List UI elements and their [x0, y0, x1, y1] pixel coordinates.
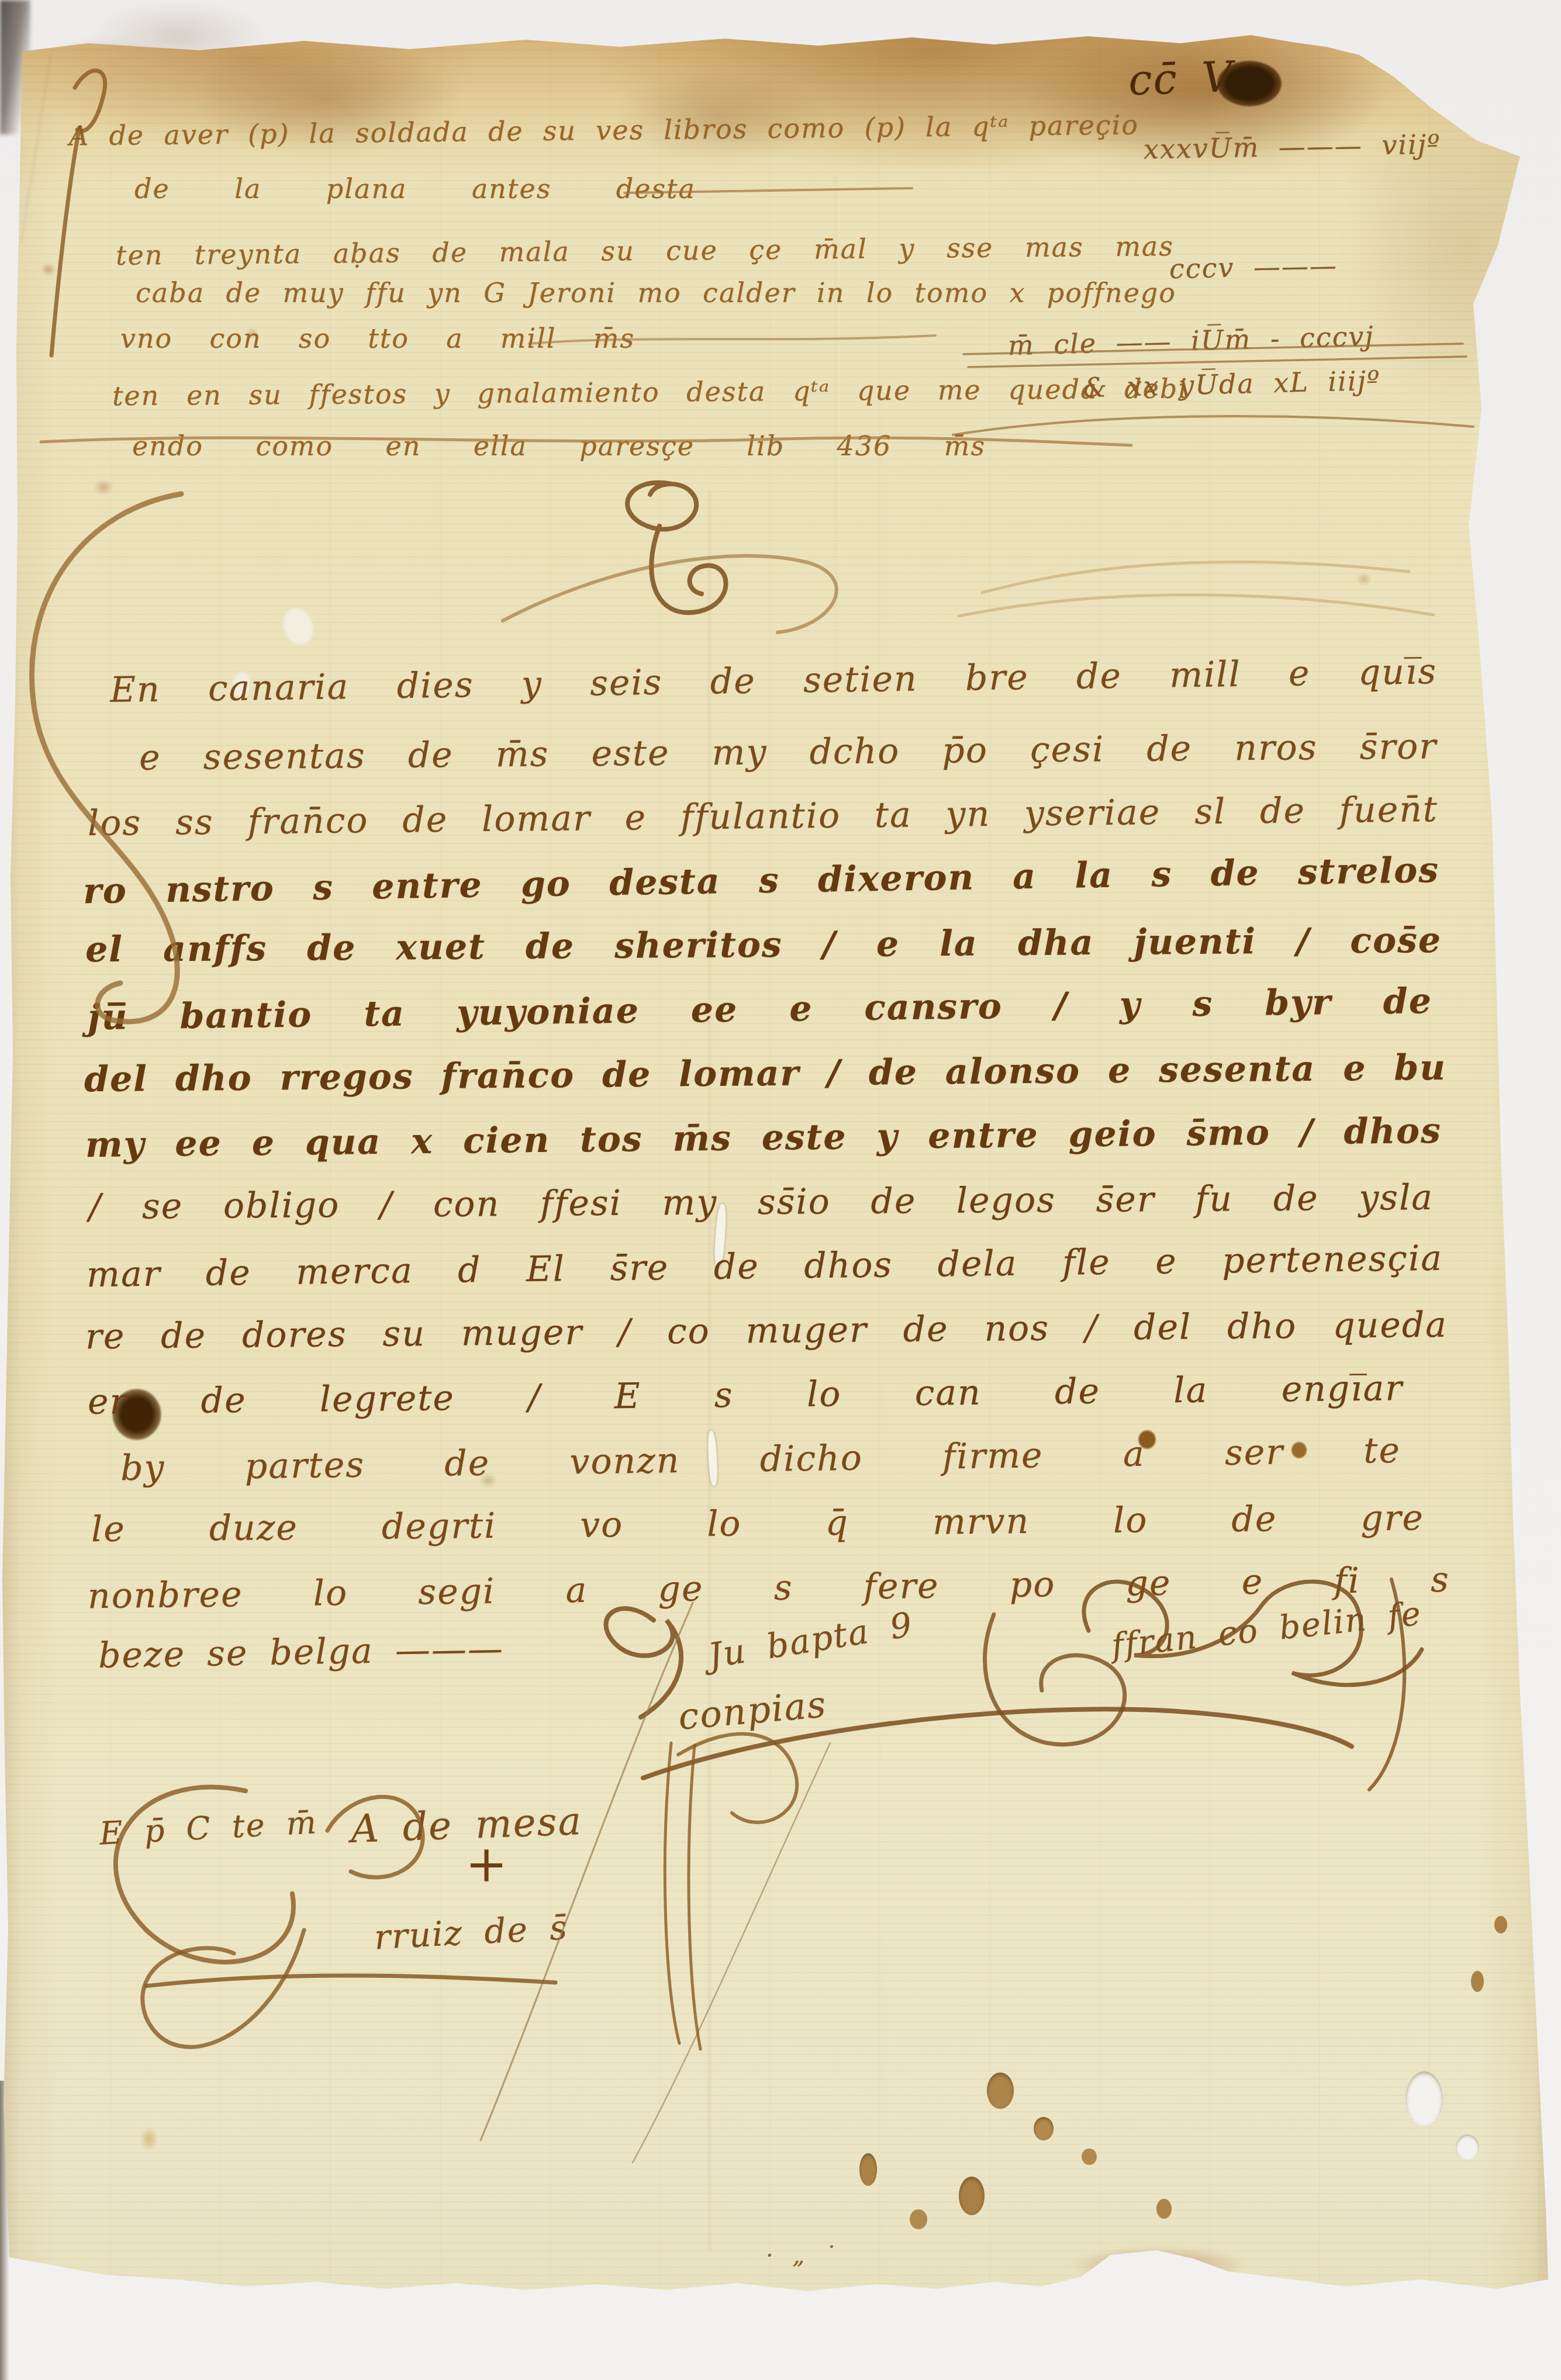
header-line-2: de la plana antes desta: [134, 173, 696, 205]
header-line-4: caba de muy ffu yn G Jeroni mo calder in…: [136, 277, 1176, 309]
bottom-marks: · „ ˙: [766, 2242, 837, 2269]
signature-mesa-line-1: A de mesa: [350, 1798, 583, 1852]
fox-spot: [41, 263, 56, 276]
parchment-page: cc̄ V A de aver (p) la soldada de su ves…: [0, 0, 1561, 2380]
header-line-5: vno con so tto a mill m̄s: [120, 323, 635, 354]
manuscript-photo: cc̄ V A de aver (p) la soldada de su ves…: [0, 0, 1561, 2380]
body-line-16: beze se belga ———: [98, 1628, 507, 1676]
worm-hole: [1471, 1971, 1484, 1992]
fox-spot: [94, 479, 113, 496]
worm-hole: [859, 2153, 877, 2186]
worm-hole: [1034, 2117, 1054, 2140]
burn-stain: [1071, 2247, 1246, 2284]
worm-hole: [1082, 2149, 1097, 2165]
fox-spot: [1356, 573, 1372, 586]
worm-hole-through: [1456, 2135, 1479, 2160]
worm-hole: [987, 2073, 1014, 2109]
header-amount-2: cccv ———: [1169, 250, 1338, 285]
fox-spot: [140, 2128, 158, 2151]
worm-hole-through: [1405, 2071, 1443, 2126]
worm-hole: [910, 2209, 927, 2229]
header-line-7: endo como en ella paresçe lib 436 m̄s: [132, 430, 986, 462]
worm-hole: [959, 2177, 985, 2215]
folio-mark: cc̄ V: [1128, 52, 1234, 105]
worm-hole: [1156, 2199, 1172, 2219]
worm-hole: [1494, 1916, 1507, 1933]
header-amount-1: xxxvU̅m̄ ——— viijº: [1144, 129, 1442, 165]
